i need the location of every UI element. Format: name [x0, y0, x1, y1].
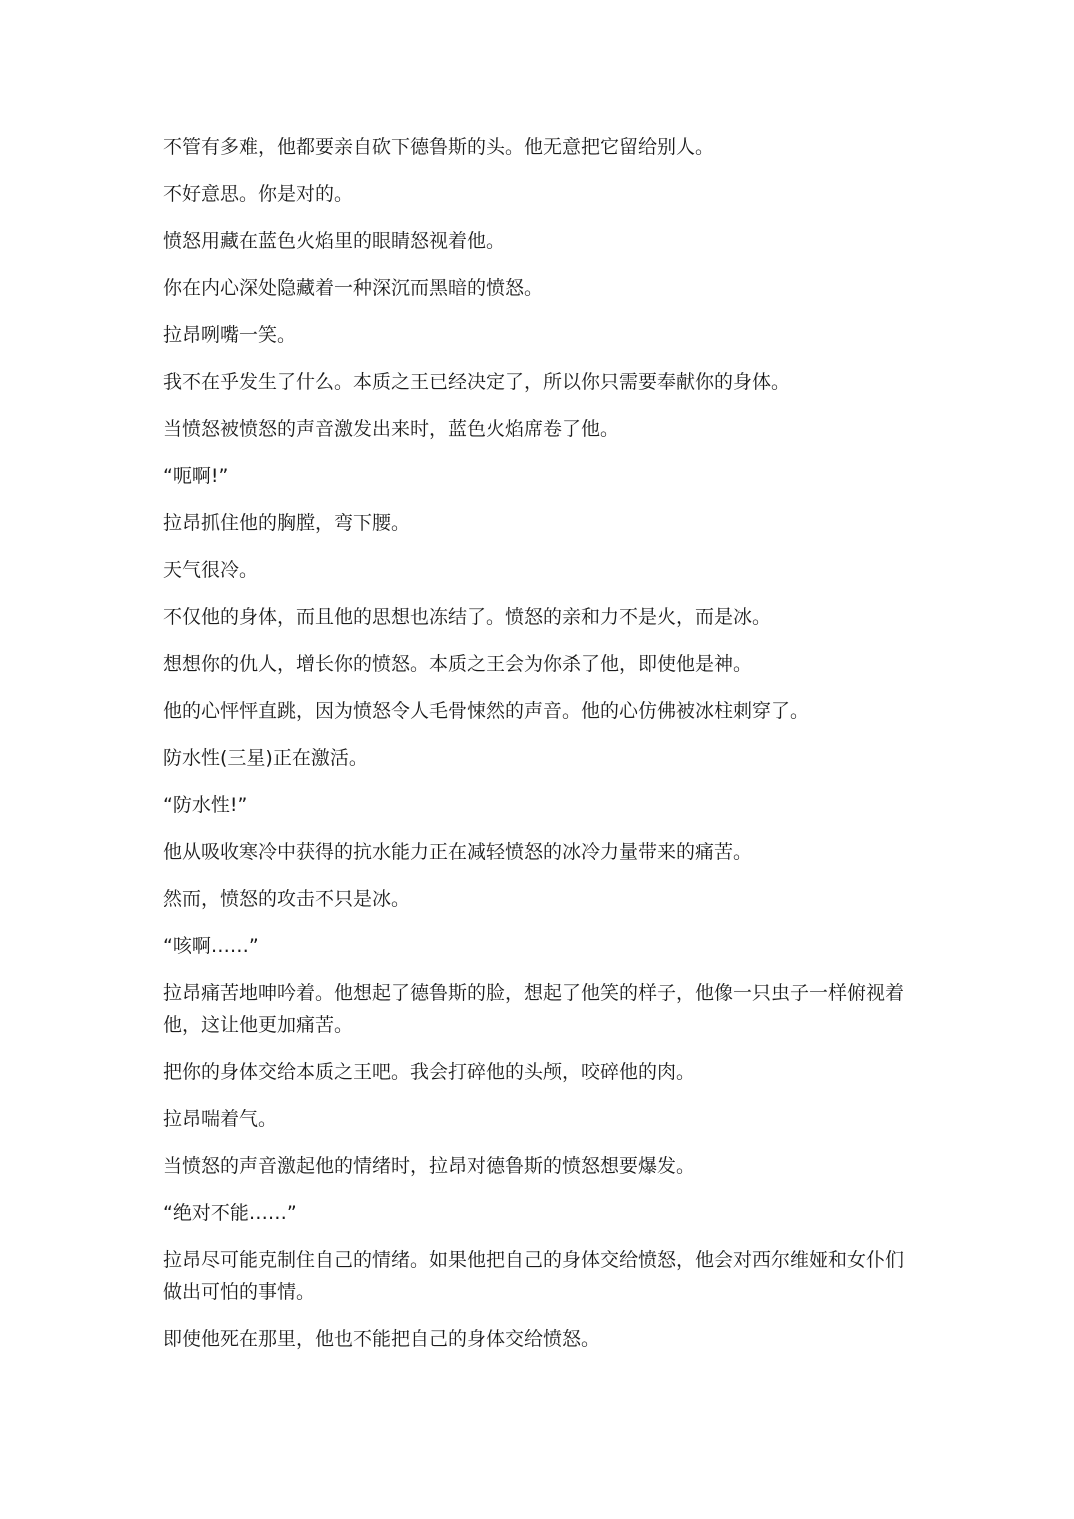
paragraph: 当愤怒被愤怒的声音激发出来时，蓝色火焰席卷了他。 — [163, 413, 918, 445]
paragraph: 不管有多难，他都要亲自砍下德鲁斯的头。他无意把它留给别人。 — [163, 131, 918, 163]
paragraph: 当愤怒的声音激起他的情绪时，拉昂对德鲁斯的愤怒想要爆发。 — [163, 1150, 918, 1182]
paragraph: “防水性!” — [163, 789, 918, 821]
paragraph: 拉昂抓住他的胸膛，弯下腰。 — [163, 507, 918, 539]
paragraph: “绝对不能……” — [163, 1197, 918, 1229]
paragraph: 他的心怦怦直跳，因为愤怒令人毛骨悚然的声音。他的心仿佛被冰柱刺穿了。 — [163, 695, 918, 727]
paragraph: 拉昂喘着气。 — [163, 1103, 918, 1135]
paragraph: 我不在乎发生了什么。本质之王已经决定了，所以你只需要奉献你的身体。 — [163, 366, 918, 398]
document-page: 不管有多难，他都要亲自砍下德鲁斯的头。他无意把它留给别人。 不好意思。你是对的。… — [163, 131, 918, 1370]
paragraph: 不好意思。你是对的。 — [163, 178, 918, 210]
paragraph: 防水性(三星)正在激活。 — [163, 742, 918, 774]
paragraph: 愤怒用藏在蓝色火焰里的眼睛怒视着他。 — [163, 225, 918, 257]
paragraph: “咳啊……” — [163, 930, 918, 962]
paragraph: 想想你的仇人，增长你的愤怒。本质之王会为你杀了他，即使他是神。 — [163, 648, 918, 680]
paragraph: 他从吸收寒冷中获得的抗水能力正在减轻愤怒的冰冷力量带来的痛苦。 — [163, 836, 918, 868]
paragraph: 天气很冷。 — [163, 554, 918, 586]
paragraph: 拉昂咧嘴一笑。 — [163, 319, 918, 351]
paragraph: 你在内心深处隐藏着一种深沉而黑暗的愤怒。 — [163, 272, 918, 304]
paragraph: 拉昂尽可能克制住自己的情绪。如果他把自己的身体交给愤怒，他会对西尔维娅和女仆们做… — [163, 1244, 918, 1308]
paragraph: 然而，愤怒的攻击不只是冰。 — [163, 883, 918, 915]
paragraph: 拉昂痛苦地呻吟着。他想起了德鲁斯的脸，想起了他笑的样子，他像一只虫子一样俯视着他… — [163, 977, 918, 1041]
paragraph: 把你的身体交给本质之王吧。我会打碎他的头颅，咬碎他的肉。 — [163, 1056, 918, 1088]
paragraph: “呃啊!” — [163, 460, 918, 492]
paragraph: 即使他死在那里，他也不能把自己的身体交给愤怒。 — [163, 1323, 918, 1355]
paragraph: 不仅他的身体，而且他的思想也冻结了。愤怒的亲和力不是火，而是冰。 — [163, 601, 918, 633]
